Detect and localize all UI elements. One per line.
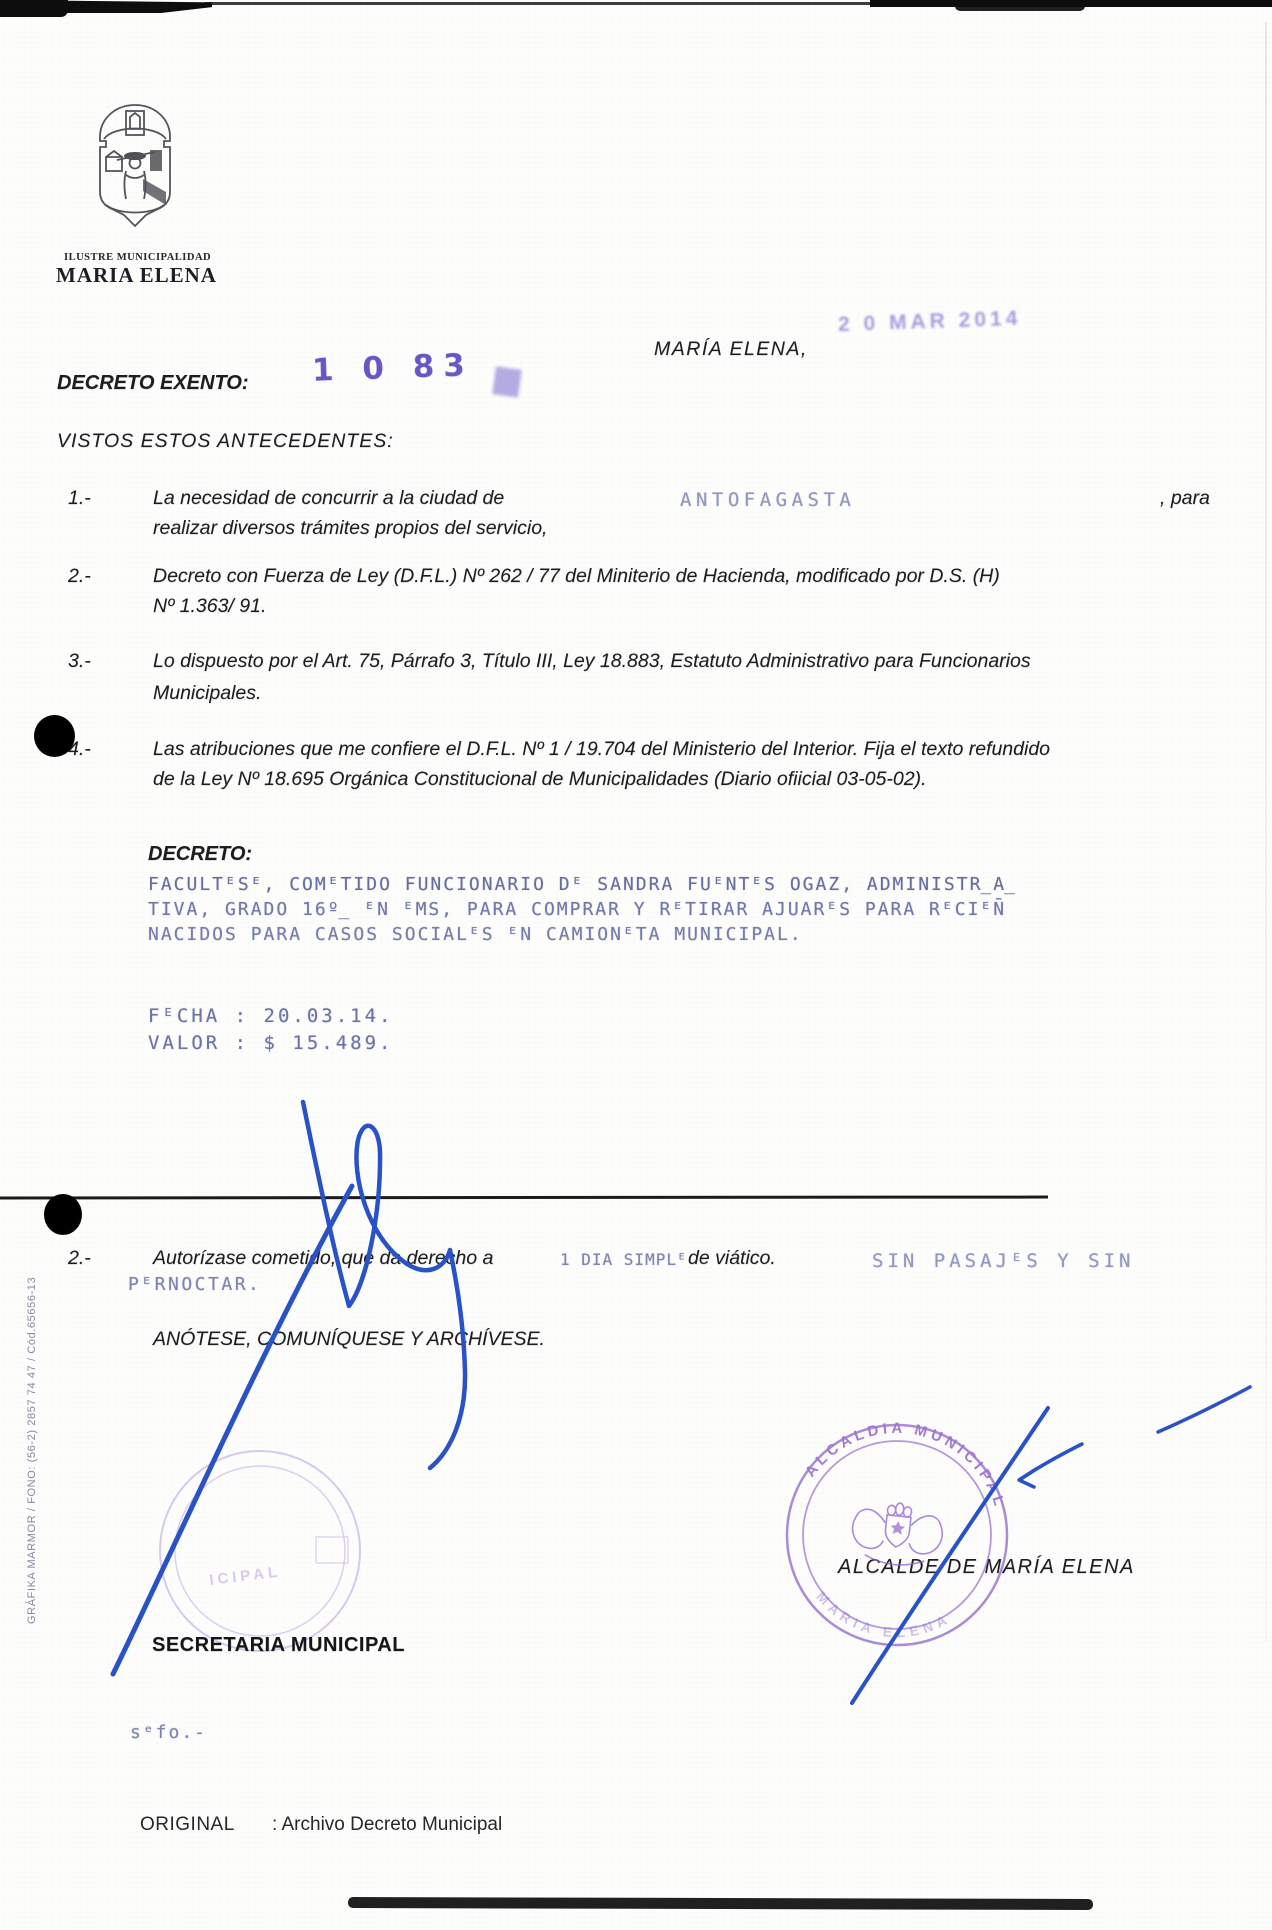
decree-number-stamp: 1 0 83 — [311, 347, 474, 389]
resolution-mid: de viático. — [688, 1247, 776, 1270]
secretaria-stamp: ICIPAL — [148, 1445, 372, 1665]
svg-text:ALCALDIA MUNICIPAL: ALCALDIA MUNICIPAL — [801, 1408, 1021, 1514]
original-value: : Archivo Decreto Municipal — [272, 1814, 502, 1836]
place-line: MARÍA ELENA, — [654, 338, 808, 361]
seal-caption-line1: ILUSTRE MUNICIPALIDAD — [64, 252, 211, 263]
punch-hole-1 — [34, 715, 75, 757]
section-divider-line — [0, 1196, 1048, 1200]
scan-artifact-top-left-corner — [0, 0, 68, 17]
item-4-line1: Las atribuciones que me confiere el D.F.… — [153, 738, 1050, 761]
decreto-label: DECRETO: — [148, 843, 252, 866]
closing-line: ANÓTESE, COMUNÍQUESE Y ARCHÍVESE. — [153, 1328, 545, 1351]
secretaria-signature-loop — [303, 1102, 465, 1468]
alcalde-signature-hook — [1019, 1444, 1082, 1487]
decreto-body-line-2: TIVA, GRADO 16º̲ ᴱN ᴱMS, PARA COMPRAR Y … — [148, 899, 1006, 920]
seal-caption-line2: MARIA ELENA — [56, 263, 217, 288]
resolution-lead: Autorízase cometido, que da derecho a — [153, 1247, 493, 1270]
left-stamp-fragment: ICIPAL — [208, 1563, 282, 1589]
resolution-number: 2.- — [68, 1247, 91, 1270]
reception-date-stamp: 2 0 MAR 2014 — [838, 307, 1022, 337]
scan-artifact-bottom-bar — [348, 1897, 1093, 1910]
item-4-line2: de la Ley Nº 18.695 Orgánica Constitucio… — [153, 768, 926, 791]
secretaria-title: SECRETARIA MUNICIPAL — [152, 1634, 405, 1657]
scanned-decree-page: ILUSTRE MUNICIPALIDAD MARIA ELENA 2 0 MA… — [0, 0, 1272, 1930]
valor-line: VALOR : $ 15.489. — [148, 1032, 393, 1054]
scan-artifact-top-right-blob — [955, 0, 1085, 11]
printer-info: GRÁFIKA MARMOR / FONO: (56-2) 2857 74 47… — [26, 1277, 38, 1624]
item-2-line2: Nº 1.363/ 91. — [153, 595, 266, 618]
scan-artifact-right-edge — [1265, 22, 1267, 1642]
resolution-typed-days: 1 DIA SIMPLᴱ — [560, 1250, 688, 1269]
punch-hole-2 — [44, 1194, 82, 1235]
municipal-seal — [80, 95, 190, 245]
item-1-line2: realizar diversos trámites propios del s… — [153, 517, 547, 540]
alcalde-stamp: ALCALDIA MUNICIPAL MARIA ELENA — [772, 1408, 1022, 1658]
item-3-line2: Municipales. — [153, 682, 261, 705]
resolution-typed-tail2: PᴱRNOCTAR. — [128, 1274, 261, 1295]
fecha-line: FᴱCHA : 20.03.14. — [148, 1005, 393, 1027]
decreto-body-line-1: FACULTᴱSᴱ, COMᴱTIDO FUNCIONARIO Dᴱ SANDR… — [148, 874, 1017, 895]
decreto-body-line-3: NACIDOS PARA CASOS SOCIALᴱS ᴱN CAMIONᴱTA… — [148, 924, 803, 945]
item-1-number: 1.- — [68, 487, 91, 510]
stamp-smudge — [492, 366, 522, 397]
resolution-typed-tail: SIN PASAJᴱS Y SIN — [872, 1250, 1134, 1272]
scan-artifact-top-line — [205, 2, 873, 5]
typist-initials: sᵉfo.- — [130, 1722, 207, 1743]
item-1-typed-city: ANTOFAGASTA — [680, 489, 855, 511]
stamp-arc-top-text: ALCALDIA MUNICIPAL — [801, 1408, 1021, 1514]
svg-text:MARIA ELENA: MARIA ELENA — [809, 1587, 956, 1651]
item-1-lead: La necesidad de concurrir a la ciudad de — [153, 487, 504, 510]
vistos-title: VISTOS ESTOS ANTECEDENTES: — [57, 430, 394, 453]
item-2-number: 2.- — [68, 565, 91, 588]
coat-of-arms — [849, 1498, 945, 1569]
stamp-arc-bottom-text: MARIA ELENA — [809, 1587, 956, 1651]
item-3-line1: Lo dispuesto por el Art. 75, Párrafo 3, … — [153, 650, 1031, 673]
original-label: ORIGINAL — [140, 1814, 235, 1836]
pen-stroke-far-right — [1158, 1387, 1250, 1432]
item-3-number: 3.- — [68, 650, 91, 673]
decree-label: DECRETO EXENTO: — [57, 372, 249, 395]
item-1-tail: , para — [1160, 487, 1210, 510]
item-2-line1: Decreto con Fuerza de Ley (D.F.L.) Nº 26… — [153, 565, 1000, 588]
